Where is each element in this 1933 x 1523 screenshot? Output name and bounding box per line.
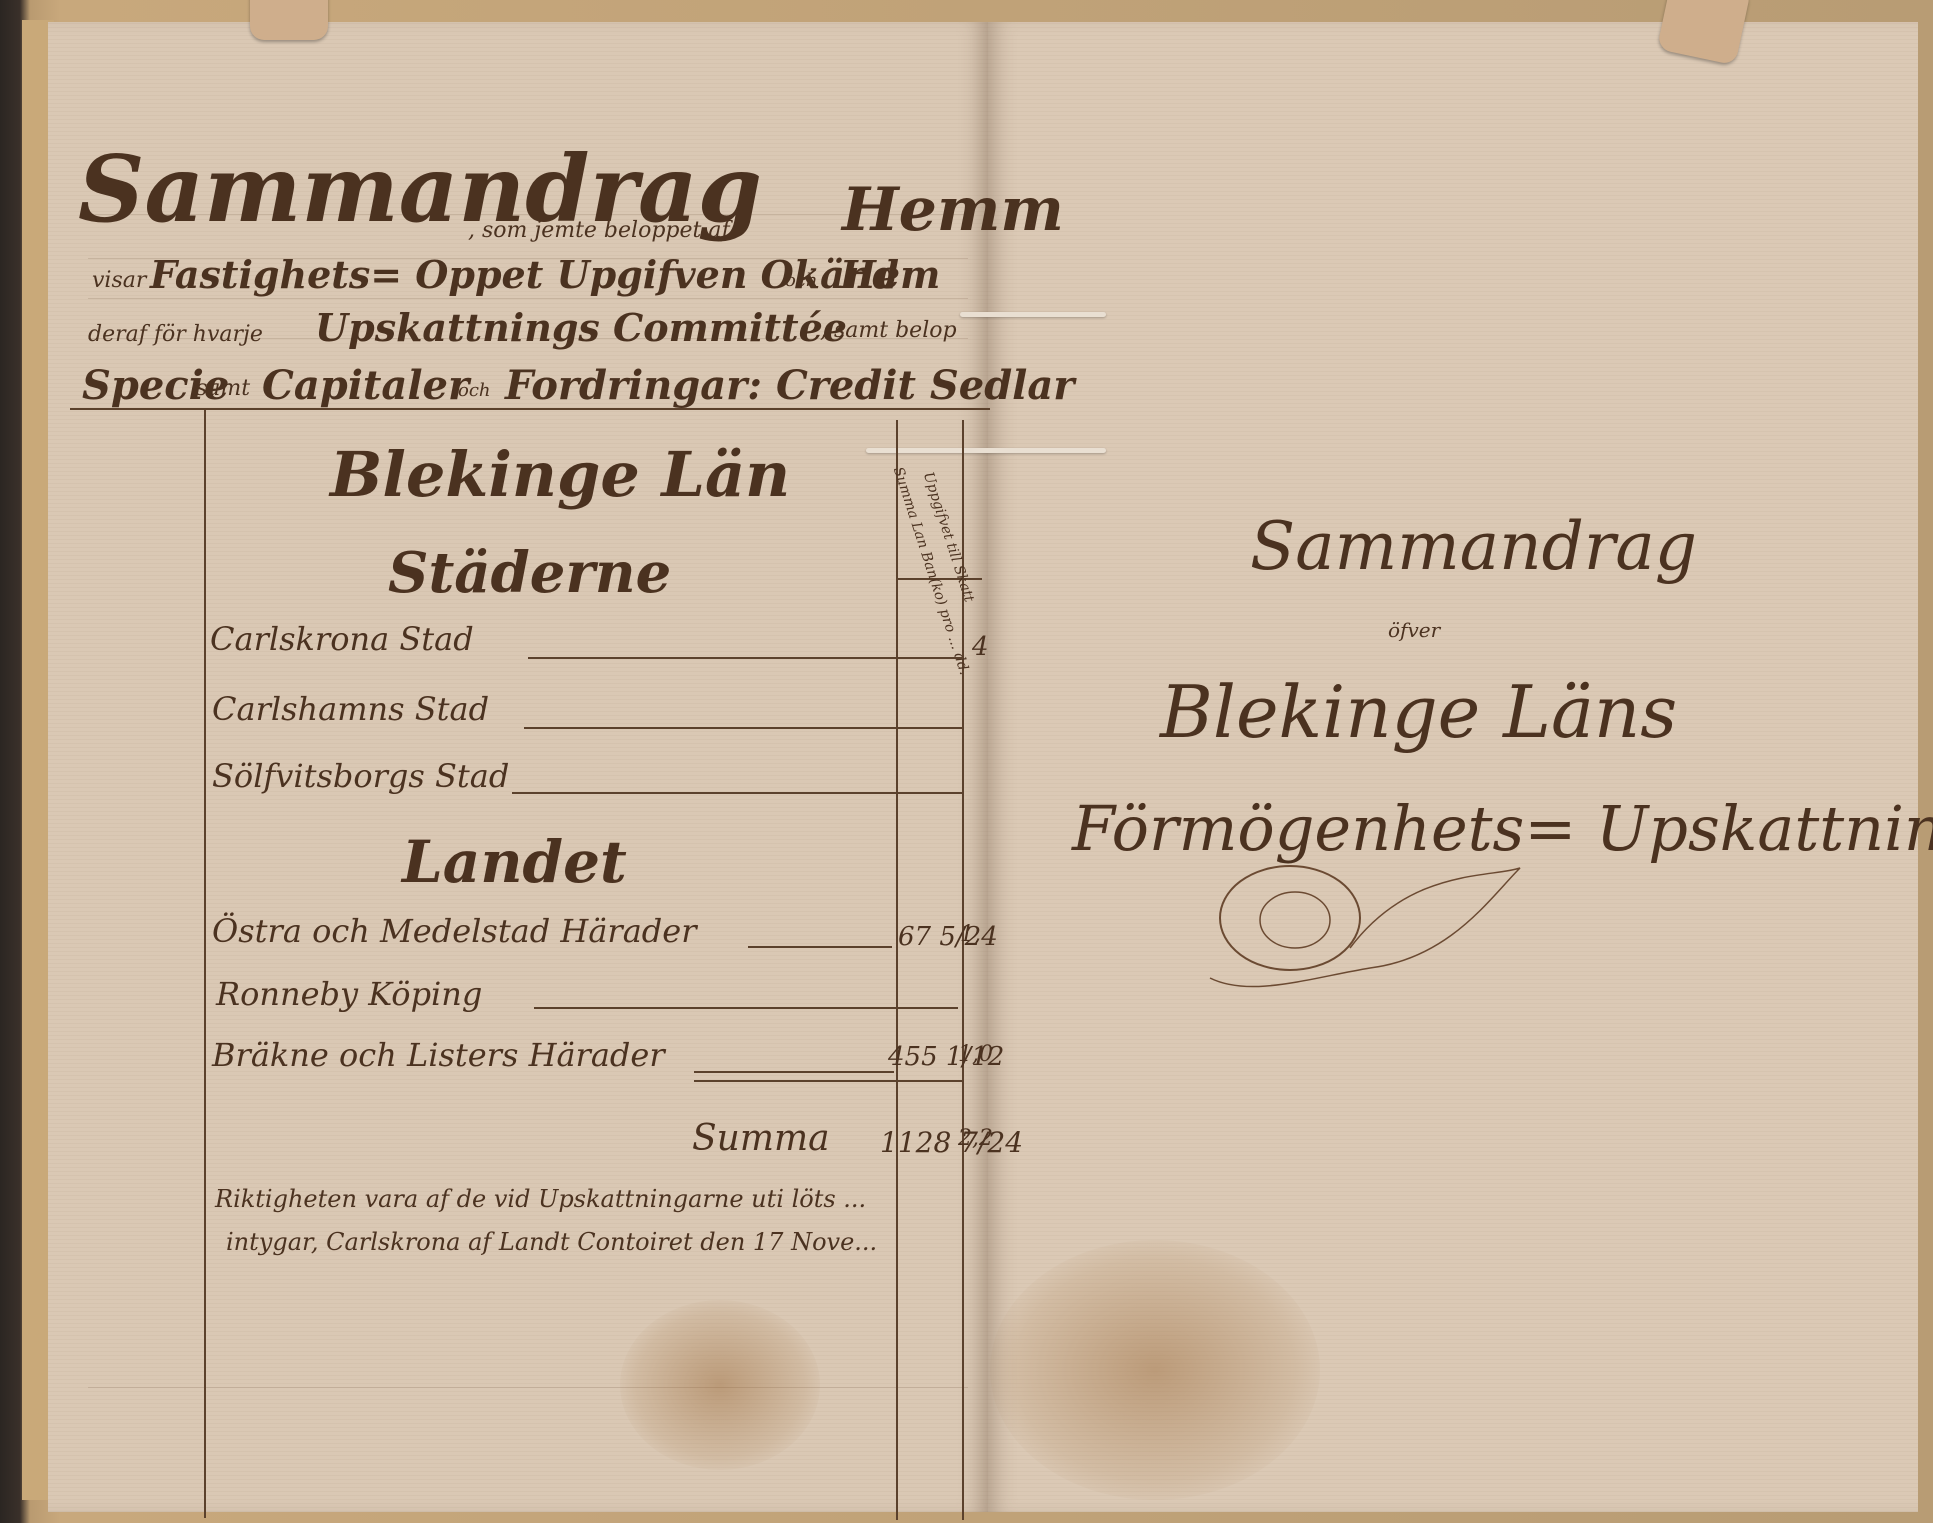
summa-value: 1128 7/24 xyxy=(880,1126,1023,1159)
county-title: Blekinge Län xyxy=(330,438,790,511)
title-sammandrag: Sammandrag xyxy=(1250,508,1697,585)
summa-label: Summa xyxy=(692,1118,830,1159)
heading-line4-rest2: Fordringar: Credit Sedlar xyxy=(505,362,1074,409)
leader-line xyxy=(534,1007,958,1009)
heading-line3-rest: Upskattnings Committée xyxy=(315,305,847,350)
leader-line xyxy=(512,792,964,794)
table-left-rule xyxy=(204,408,206,1518)
ruled-line xyxy=(88,1387,968,1388)
leader-line xyxy=(524,727,964,729)
title-blekinge-lans: Blekinge Läns xyxy=(1160,670,1677,754)
attestation-line1: Riktigheten vara af de vid Upskattningar… xyxy=(215,1185,866,1213)
row-value2: 1, xyxy=(960,922,981,947)
row-value2: 1,0 xyxy=(958,1042,993,1067)
ruled-line xyxy=(88,298,968,299)
heading-line2-cut: Hem xyxy=(840,252,940,297)
heading-line2-small: visar xyxy=(92,268,146,293)
leader-line xyxy=(694,1071,894,1073)
section-title-landet: Landet xyxy=(402,828,627,896)
row-label: Carlskrona Stad xyxy=(210,620,474,658)
heading-line3-tail: , samt belop xyxy=(820,318,957,343)
heading-line3-small: deraf för hvarje xyxy=(88,322,263,347)
title-formogenhets: Förmögenhets= Upskattning. xyxy=(1072,792,1933,865)
heading-line1-rest: , som jemte beloppet af xyxy=(468,218,730,243)
section-title-staderne: Städerne xyxy=(388,540,671,606)
table-top-rule xyxy=(70,408,990,410)
binding-tab xyxy=(250,0,328,40)
binding-thread xyxy=(960,312,1106,317)
heading-line4-capitaler: Capitaler xyxy=(262,362,469,409)
heading-line4-samt: samt xyxy=(196,376,250,401)
column-rule xyxy=(896,420,898,1520)
binding-thread xyxy=(866,448,1106,453)
heading-line2-och: och xyxy=(785,270,818,291)
row-value: 67 5/24 xyxy=(898,922,998,952)
row-label: Ronneby Köping xyxy=(216,975,482,1013)
summa-value2: 2,2 xyxy=(958,1126,993,1151)
flourish-ornament xyxy=(1190,858,1590,1008)
heading-line1-cut: Hemm xyxy=(842,175,1064,245)
heading-line4-och: och xyxy=(458,380,491,401)
leader-line xyxy=(694,1080,964,1082)
row-label: Bräkne och Listers Härader xyxy=(212,1036,665,1074)
title-ofver: öfver xyxy=(1388,618,1440,642)
leader-line xyxy=(528,657,963,659)
row-label: Östra och Medelstad Härader xyxy=(212,912,696,950)
row-value2: 4 xyxy=(972,632,989,662)
row-label: Carlshamns Stad xyxy=(212,690,489,728)
attestation-line2: intygar, Carlskrona af Landt Contoiret d… xyxy=(226,1228,877,1256)
left-page xyxy=(48,22,988,1512)
water-stain xyxy=(990,1240,1320,1500)
row-label: Sölfvitsborgs Stad xyxy=(212,757,509,795)
leader-line xyxy=(748,946,892,948)
water-stain xyxy=(620,1300,820,1470)
